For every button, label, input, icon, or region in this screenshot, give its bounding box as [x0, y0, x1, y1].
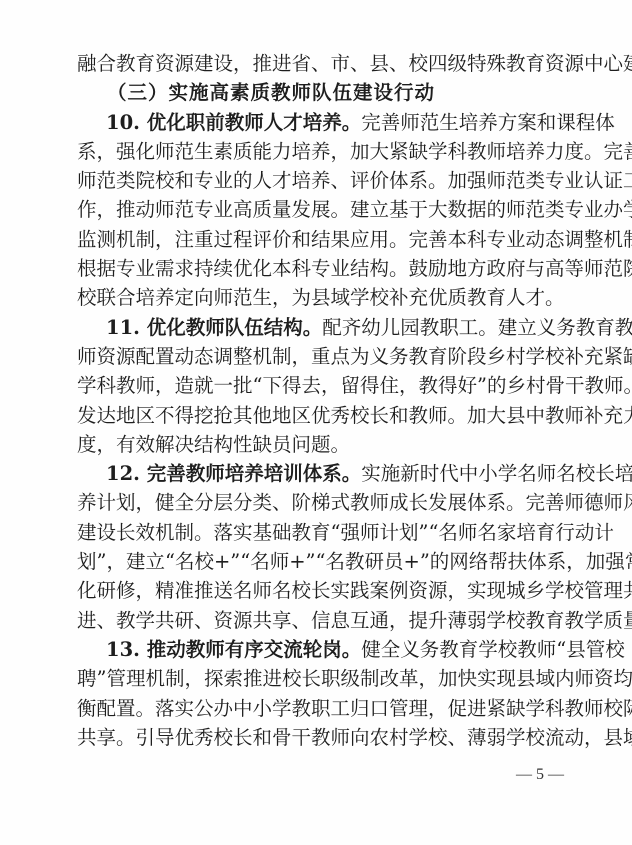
document-body: 融合教育资源建设，推进省、市、县、校四级特殊教育资源中心建设。 （三）实施高素质… — [77, 49, 563, 752]
paragraph-line: 度，有效解决结构性缺员问题。 — [77, 430, 563, 459]
item-11-title-line: 11. 优化教师队伍结构。配齐幼儿园教职工。建立义务教育教 — [77, 313, 563, 342]
paragraph-line: 系，强化师范生素质能力培养，加大紧缺学科教师培养力度。完善 — [77, 137, 563, 166]
paragraph-line: 划”，建立“名校+”“名师+”“名教研员+”的网络帮扶体系，加强常态 — [77, 547, 563, 576]
paragraph-line: 校联合培养定向师范生，为县域学校补充优质教育人才。 — [77, 283, 563, 312]
item-12-title-line: 12. 完善教师培养培训体系。实施新时代中小学名师名校长培 — [77, 459, 563, 488]
item-11-text: 配齐幼儿园教职工。建立义务教育教 — [322, 316, 632, 339]
item-13-title-line: 13. 推动教师有序交流轮岗。健全义务教育学校教师“县管校 — [77, 635, 563, 664]
paragraph-line: 根据专业需求持续优化本科专业结构。鼓励地方政府与高等师范院 — [77, 254, 563, 283]
paragraph-line: 养计划，健全分层分类、阶梯式教师成长发展体系。完善师德师风 — [77, 488, 563, 517]
section-heading: （三）实施高素质教师队伍建设行动 — [77, 78, 563, 107]
paragraph-line: 进、教学共研、资源共享、信息互通，提升薄弱学校教育教学质量。 — [77, 606, 563, 635]
paragraph-line: 师范类院校和专业的人才培养、评价体系。加强师范类专业认证工 — [77, 166, 563, 195]
item-12-title: 12. 完善教师培养培训体系。 — [106, 462, 361, 485]
item-13-title: 13. 推动教师有序交流轮岗。 — [106, 638, 361, 661]
item-10-title: 10. 优化职前教师人才培养。 — [106, 111, 361, 134]
item-11-title: 11. 优化教师队伍结构。 — [106, 316, 322, 339]
paragraph-line: 师资源配置动态调整机制，重点为义务教育阶段乡村学校补充紧缺 — [77, 342, 563, 371]
item-13-text: 健全义务教育学校教师“县管校 — [361, 638, 624, 661]
paragraph-line: 融合教育资源建设，推进省、市、县、校四级特殊教育资源中心建设。 — [77, 49, 563, 78]
paragraph-line: 发达地区不得挖抢其他地区优秀校长和教师。加大县中教师补充力 — [77, 401, 563, 430]
item-10-title-line: 10. 优化职前教师人才培养。完善师范生培养方案和课程体 — [77, 108, 563, 137]
paragraph-line: 衡配置。落实公办中小学教职工归口管理，促进紧缺学科教师校际 — [77, 694, 563, 723]
paragraph-line: 聘”管理机制，探索推进校长职级制改革，加快实现县域内师资均 — [77, 664, 563, 693]
paragraph-line: 共享。引导优秀校长和骨干教师向农村学校、薄弱学校流动，县域 — [77, 723, 563, 752]
paragraph-line: 学科教师，造就一批“下得去，留得住，教得好”的乡村骨干教师。 — [77, 371, 563, 400]
paragraph-line: 建设长效机制。落实基础教育“强师计划”“名师名家培育行动计 — [77, 518, 563, 547]
item-10-text: 完善师范生培养方案和课程体 — [361, 111, 615, 134]
paragraph-line: 监测机制，注重过程评价和结果应用。完善本科专业动态调整机制， — [77, 225, 563, 254]
paragraph-line: 作，推动师范专业高质量发展。建立基于大数据的师范类专业办学 — [77, 195, 563, 224]
document-page: 融合教育资源建设，推进省、市、县、校四级特殊教育资源中心建设。 （三）实施高素质… — [0, 0, 632, 845]
item-12-text: 实施新时代中小学名师名校长培 — [361, 462, 632, 485]
paragraph-line: 化研修，精准推送名师名校长实践案例资源，实现城乡学校管理共 — [77, 576, 563, 605]
page-number: — 5 — — [510, 766, 570, 784]
